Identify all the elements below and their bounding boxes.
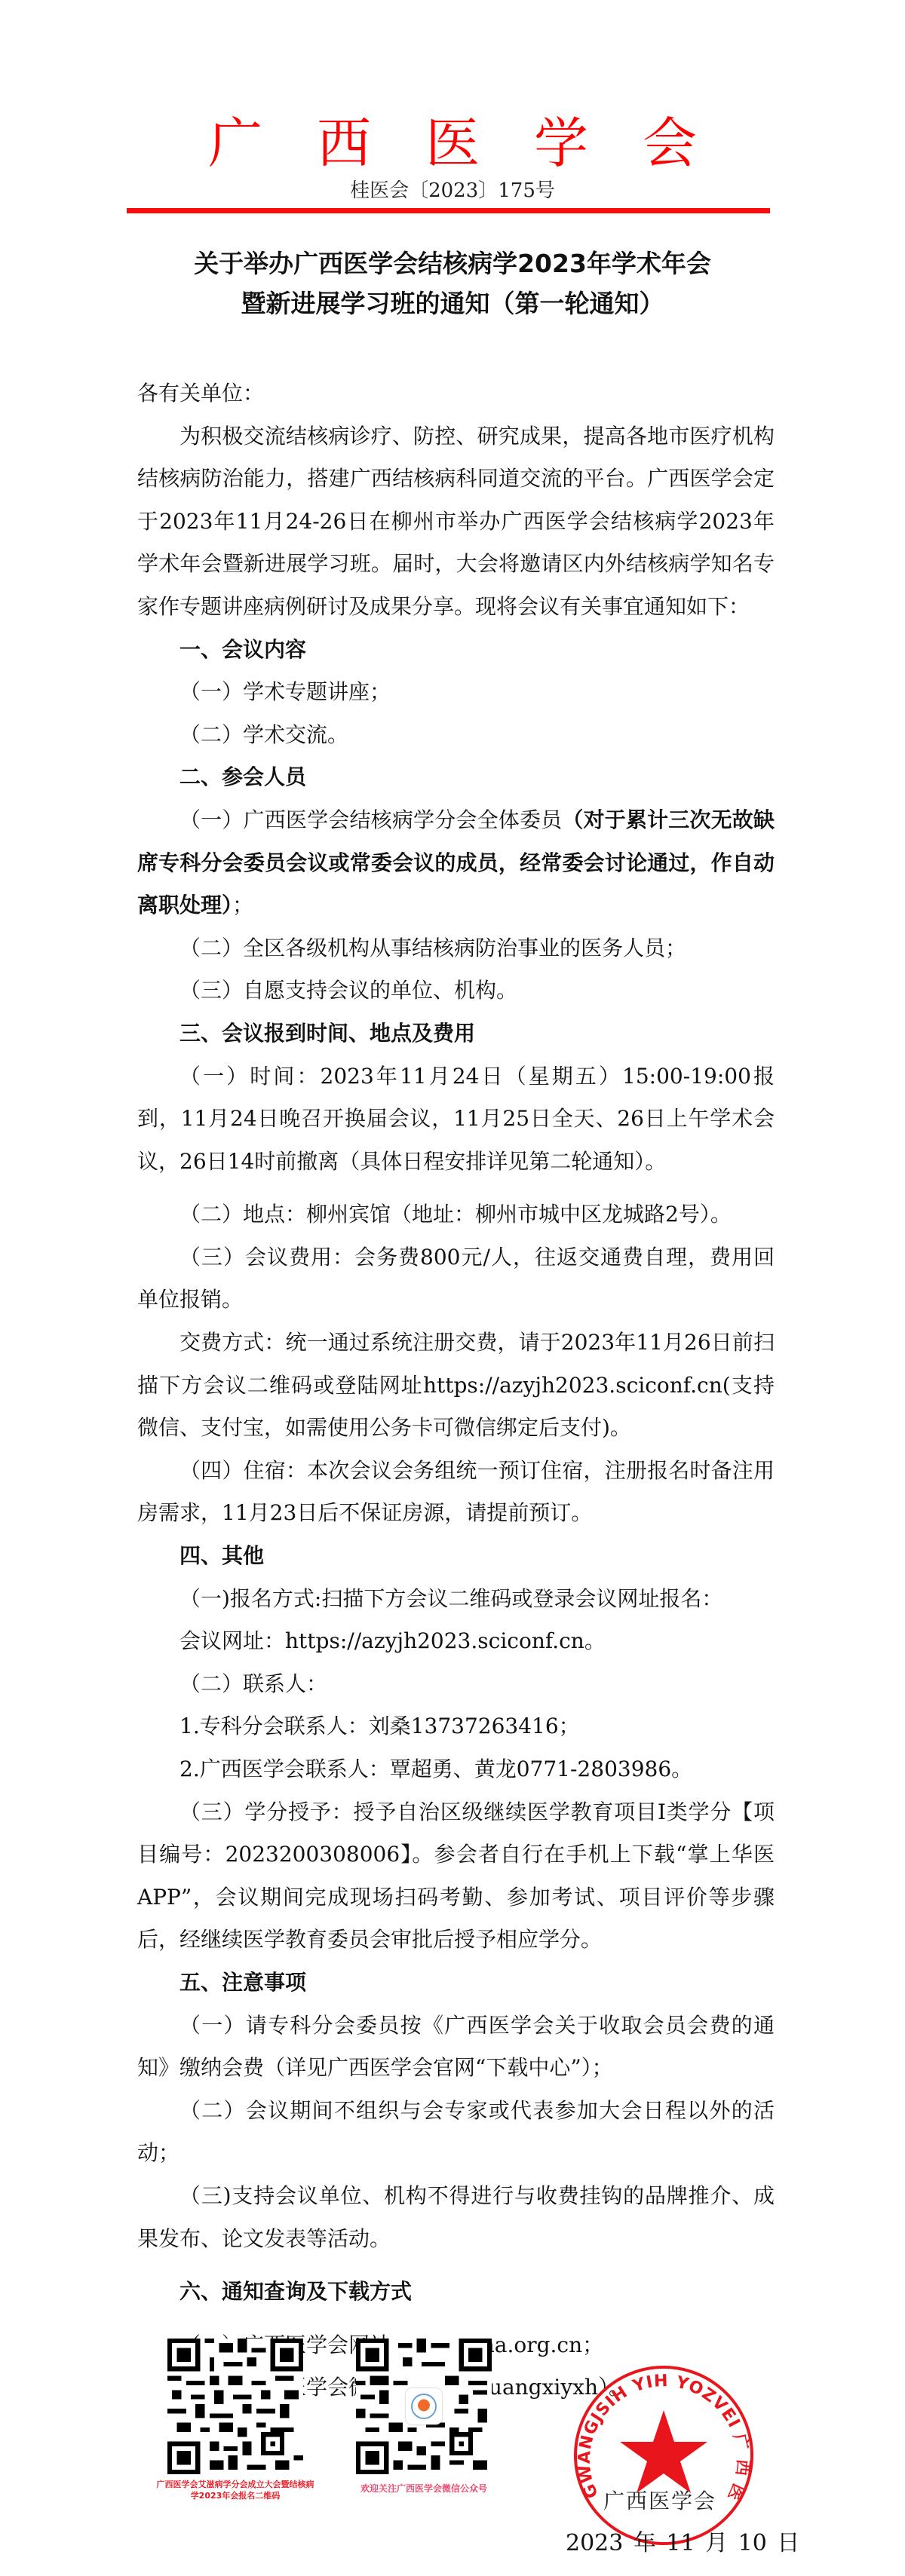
section-heading-logistics: 三、会议报到时间、地点及费用 xyxy=(137,1012,775,1055)
logistics-time: （一）时间：2023年11月24日（星期五）15:00-19:00报到，11月2… xyxy=(137,1055,775,1184)
org-letterhead-title: 广西医学会 xyxy=(121,106,784,181)
section-heading-notes: 五、注意事项 xyxy=(137,1962,775,2005)
spacer xyxy=(137,1183,775,1193)
issuer-signature: 广西医学会 xyxy=(603,2488,716,2515)
logistics-payment: 交费方式：统一通过系统注册交费，请于2023年11月26日前扫描下方会议二维码或… xyxy=(137,1322,775,1450)
attendees-item-1-text: （一）广西医学会结核病学分会全体委员 xyxy=(179,807,562,832)
registration-qr-caption-line-1: 广西医学会艾滋病学分会成立大会暨结核病 xyxy=(148,2479,323,2490)
association-logo-icon xyxy=(406,2388,442,2424)
note-item-2: （二）会议期间不组织与会专家或代表参加大会日程以外的活动； xyxy=(137,2090,775,2175)
content-item-1: （一）学术专题讲座； xyxy=(137,671,775,714)
salutation: 各有关单位： xyxy=(137,372,775,415)
registration-qr-caption-line-2: 学2023年会报名二维码 xyxy=(148,2490,323,2501)
official-seal-icon: GWANGJSIH YIH YOZVEI 广 西 医 学 会 xyxy=(572,2363,756,2547)
attendees-item-3: （三）自愿支持会议的单位、机构。 xyxy=(137,969,775,1012)
section-heading-attendees: 二、参会人员 xyxy=(137,756,775,799)
issue-date: 2023 年 11 月 10 日 xyxy=(566,2529,799,2558)
letterhead-divider xyxy=(127,208,770,213)
contact-association: 2.广西医学会联系人：覃超勇、黄龙0771-2803986。 xyxy=(137,1748,775,1791)
attendees-item-1: （一）广西医学会结核病学分会全体委员（对于累计三次无故缺席专科分会委员会议或常委… xyxy=(137,799,775,927)
notice-title-line-2: 暨新进展学习班的通知（第一轮通知） xyxy=(121,284,784,323)
wechat-qr-code-icon[interactable] xyxy=(356,2339,492,2474)
logistics-fee: （三）会议费用：会务费800元/人，往返交通费自理，费用回单位报销。 xyxy=(137,1236,775,1322)
section-heading-content: 一、会议内容 xyxy=(137,629,775,672)
intro-paragraph: 为积极交流结核病诊疗、防控、研究成果，提高各地市医疗机构结核病防治能力，搭建广西… xyxy=(137,415,775,629)
registration-website-link[interactable]: 会议网址：https://azyjh2023.sciconf.cn。 xyxy=(137,1620,775,1663)
document-number: 桂医会〔2023〕175号 xyxy=(121,178,784,204)
attendees-item-1-end: ； xyxy=(232,893,253,917)
spacer xyxy=(137,2314,775,2324)
registration-qr-caption: 广西医学会艾滋病学分会成立大会暨结核病 学2023年会报名二维码 xyxy=(148,2479,323,2501)
contacts-label: （二）联系人： xyxy=(137,1663,775,1706)
contact-branch: 1.专科分会联系人：刘桑13737263416； xyxy=(137,1705,775,1748)
section-heading-download: 六、通知查询及下载方式 xyxy=(137,2271,775,2314)
section-heading-other: 四、其他 xyxy=(137,1535,775,1578)
logistics-lodging: （四）住宿：本次会议会务组统一预订住宿，注册报名时备注用房需求，11月23日后不… xyxy=(137,1450,775,1535)
attendees-item-2: （二）全区各级机构从事结核病防治事业的医务人员； xyxy=(137,927,775,970)
note-item-1: （一）请专科分会委员按《广西医学会关于收取会员会费的通知》缴纳会费（详见广西医学… xyxy=(137,2005,775,2090)
notice-title-line-1: 关于举办广西医学会结核病学2023年学术年会 xyxy=(121,244,784,283)
credits-info: （三）学分授予：授予自治区级继续医学教育项目Ⅰ类学分【项目编号：20232003… xyxy=(137,1791,775,1962)
content-item-2: （二）学术交流。 xyxy=(137,714,775,757)
logistics-place: （二）地点：柳州宾馆（地址：柳州市城中区龙城路2号）。 xyxy=(137,1193,775,1236)
notice-body: 各有关单位： 为积极交流结核病诊疗、防控、研究成果，提高各地市医疗机构结核病防治… xyxy=(137,372,775,2409)
spacer xyxy=(137,2260,775,2271)
registration-qr-code-icon[interactable] xyxy=(167,2339,303,2474)
registration-method: （一)报名方式:扫描下方会议二维码或登录会议网址报名： xyxy=(137,1578,775,1621)
wechat-qr-caption: 欢迎关注广西医学会微信公众号 xyxy=(341,2483,507,2495)
note-item-3: （三)支持会议单位、机构不得进行与收费挂钩的品牌推介、成果发布、论文发表等活动。 xyxy=(137,2175,775,2260)
